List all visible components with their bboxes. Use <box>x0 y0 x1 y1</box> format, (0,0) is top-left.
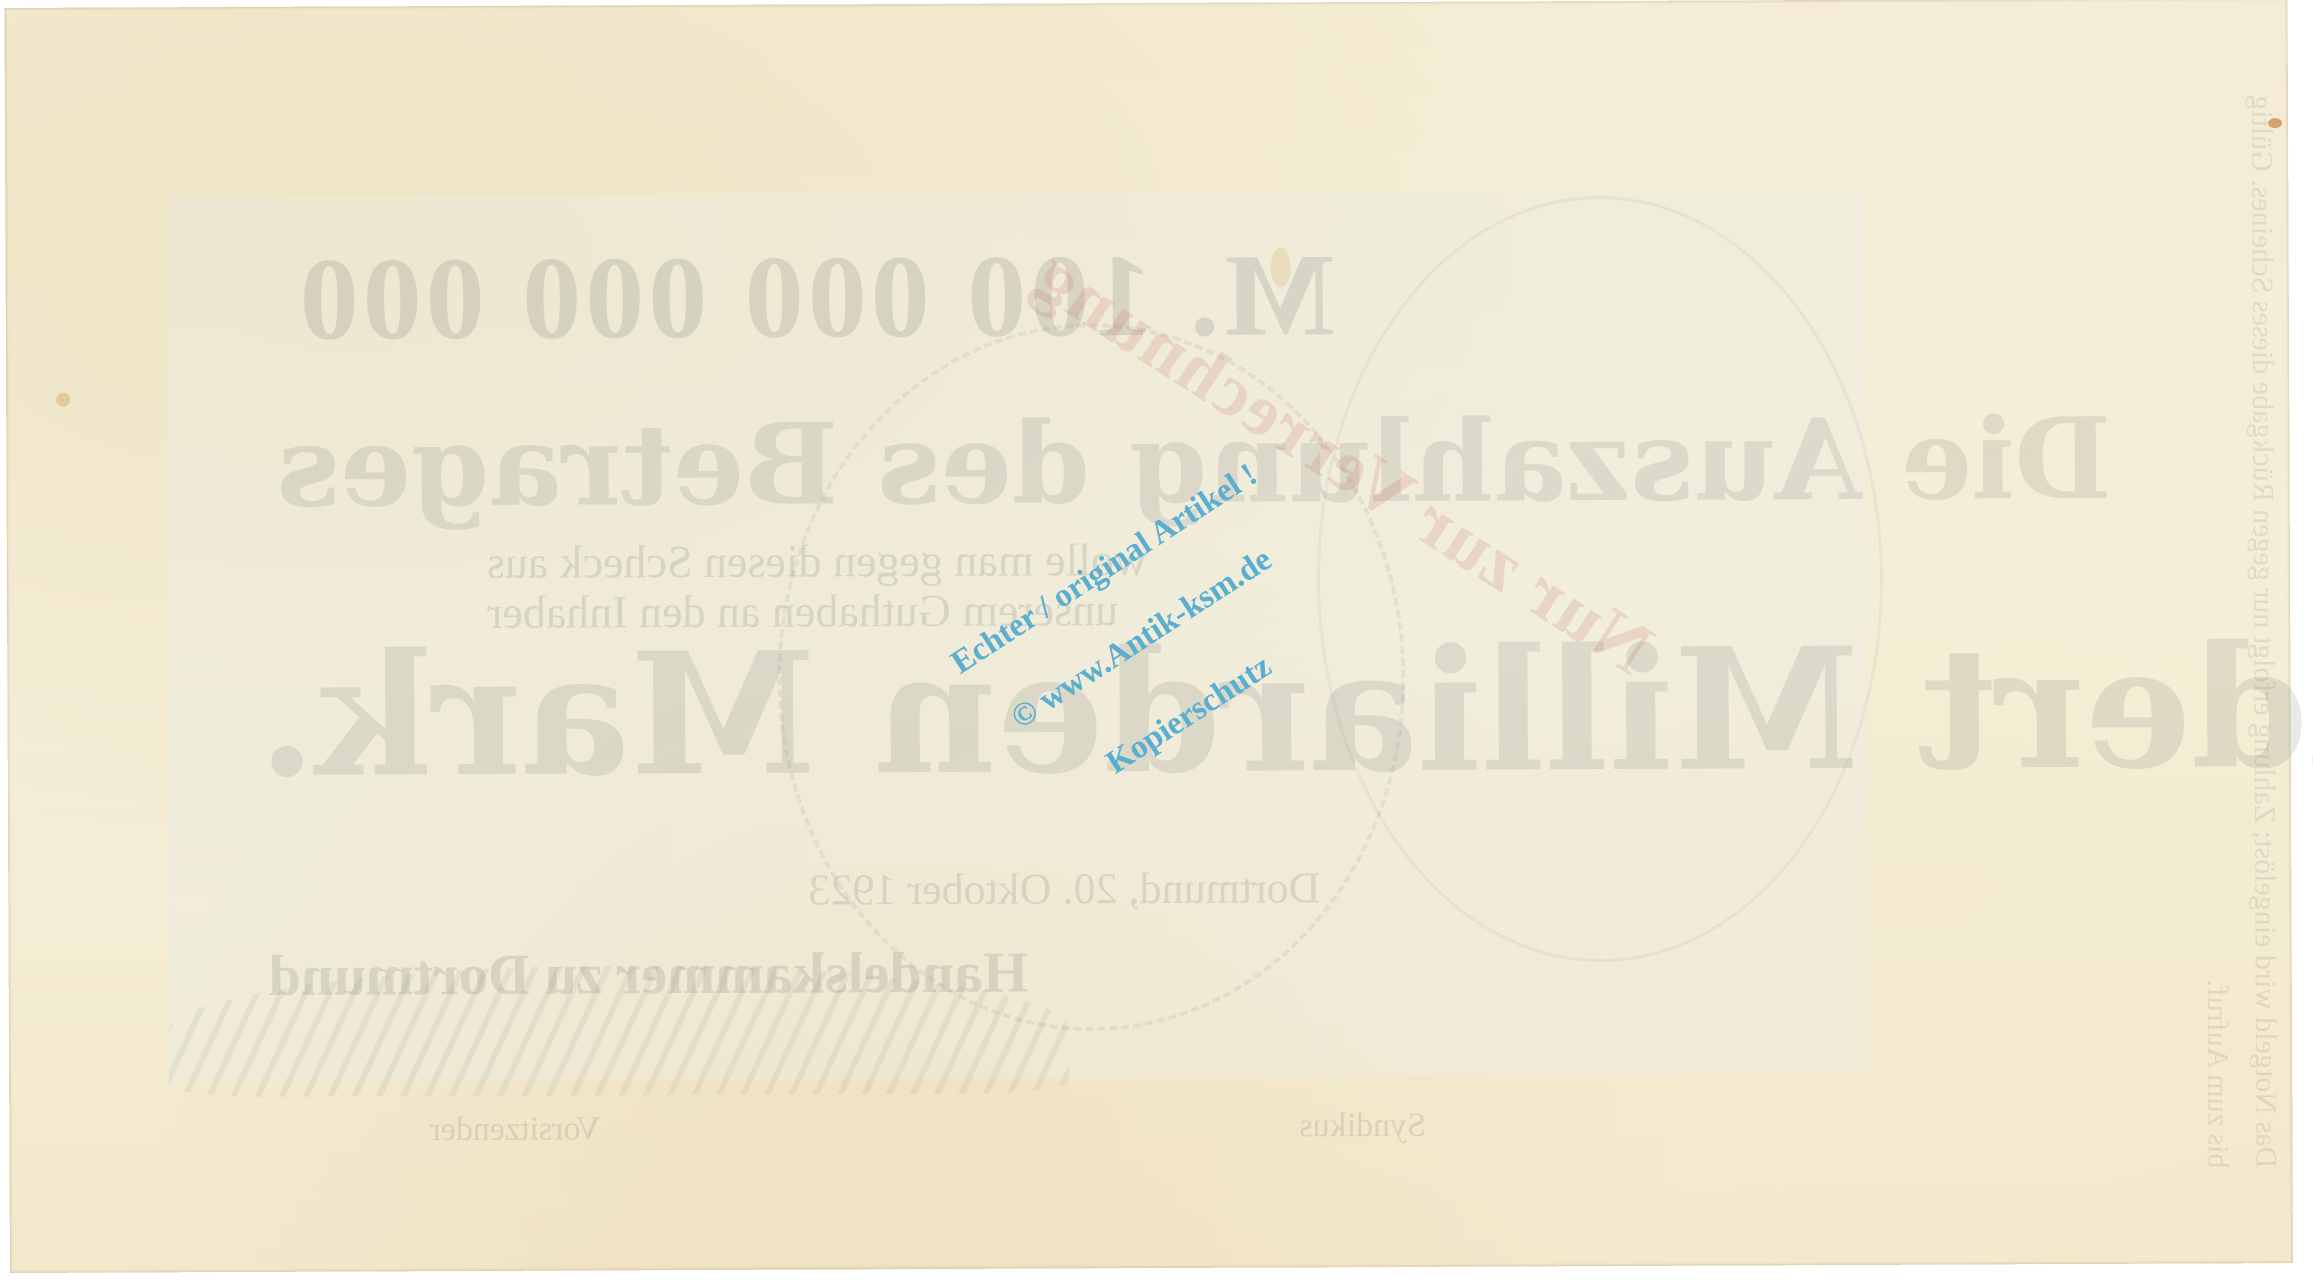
bleed-side-text: Das Notgeld wird eingelöst; Zahlung erfo… <box>2035 58 2290 1169</box>
stain <box>56 393 70 407</box>
stain <box>2268 118 2282 128</box>
bleed-date: Dortmund, 20. Oktober 1923 <box>808 862 1320 915</box>
bleed-signature-left: Vorsitzender <box>429 1110 600 1149</box>
bleed-issuer: Handelskammer zu Dortmund <box>269 939 1029 1009</box>
watermark-line-2: © www.Antik-ksm.de <box>1005 541 1279 737</box>
stain <box>1271 247 1291 287</box>
copyright-watermark: Echter / original Artikel ! © www.Antik-… <box>950 470 1290 780</box>
bleed-signature-right: Syndikus <box>1299 1107 1426 1146</box>
